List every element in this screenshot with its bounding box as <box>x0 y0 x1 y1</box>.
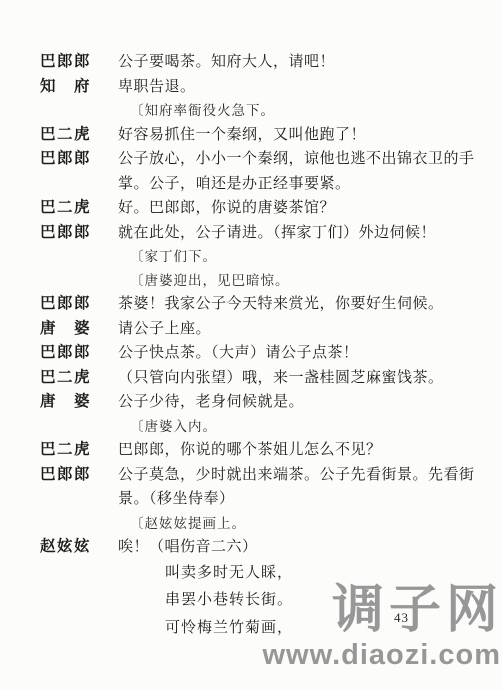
speaker-name: 巴二虎 <box>40 123 118 148</box>
script-line: 巴郎郎 公子莫急，少时就出来端茶。公子先看街景。先看街景。（移坐侍奉） <box>40 463 477 512</box>
script-line: 〔家丁们下。 <box>40 245 477 269</box>
script-line: 巴二虎 好。巴郎郎，你说的唐婆茶馆？ <box>40 196 477 221</box>
script-line: 巴二虎 巴郎郎，你说的哪个茶姐儿怎么不见？ <box>40 438 477 463</box>
page-number: 43 <box>394 610 409 626</box>
line-text: 卑职告退。 <box>118 75 477 100</box>
line-text: 唉！（唱伤音二六） <box>118 535 477 560</box>
line-text: 公子莫急，少时就出来端茶。公子先看街景。先看街景。（移坐侍奉） <box>118 463 477 512</box>
script-line: 〔知府率衙役火急下。 <box>40 99 477 123</box>
line-text: 公子放心，小小一个秦纲，谅他也逃不出锦衣卫的手掌。公子，咱还是办正经事要紧。 <box>118 147 477 196</box>
speaker-name: 巴郎郎 <box>40 292 118 317</box>
speaker-name: 知 府 <box>40 75 118 100</box>
speaker-name: 巴郎郎 <box>40 147 118 172</box>
script-line: 知 府 卑职告退。 <box>40 75 477 100</box>
script-line: 巴郎郎 就在此处，公子请进。（挥家丁们）外边伺候！ <box>40 221 477 246</box>
script-line: 唐 婆 请公子上座。 <box>40 317 477 342</box>
speaker-name: 唐 婆 <box>40 317 118 342</box>
script-line: 〔唐婆迎出，见巴暗惊。 <box>40 269 477 293</box>
line-text: 公子要喝茶。知府大人，请吧！ <box>118 50 477 75</box>
line-text: （只管向内张望）哦，来一盏桂圆芝麻蜜饯茶。 <box>118 366 477 391</box>
line-text: 好容易抓住一个秦纲，又叫他跑了！ <box>118 123 477 148</box>
line-text: 就在此处，公子请进。（挥家丁们）外边伺候！ <box>118 221 477 246</box>
line-text: 请公子上座。 <box>118 317 477 342</box>
script-lines: 巴郎郎 公子要喝茶。知府大人，请吧！ 知 府 卑职告退。 〔知府率衙役火急下。 … <box>40 50 477 642</box>
line-text: 〔家丁们下。 <box>40 245 477 269</box>
speaker-name: 巴二虎 <box>40 438 118 463</box>
script-line: 〔赵妶妶提画上。 <box>40 512 477 536</box>
speaker-name: 巴郎郎 <box>40 221 118 246</box>
speaker-name: 巴郎郎 <box>40 463 118 488</box>
watermark-site-name: 调子网 <box>332 580 503 640</box>
speaker-name: 巴郎郎 <box>40 341 118 366</box>
line-text: 〔唐婆入内。 <box>40 415 477 439</box>
script-line: 巴二虎 （只管向内张望）哦，来一盏桂圆芝麻蜜饯茶。 <box>40 366 477 391</box>
speaker-name: 巴二虎 <box>40 196 118 221</box>
script-line: 赵妶妶 唉！（唱伤音二六） <box>40 535 477 560</box>
line-text: 茶婆！我家公子今天特来赏光，你要好生伺候。 <box>118 292 477 317</box>
line-text: 〔赵妶妶提画上。 <box>40 512 477 536</box>
script-line: 唐 婆 公子少待，老身伺候就是。 <box>40 390 477 415</box>
script-line: 〔唐婆入内。 <box>40 415 477 439</box>
script-line: 巴郎郎 公子快点茶。（大声）请公子点茶！ <box>40 341 477 366</box>
line-text: 巴郎郎，你说的哪个茶姐儿怎么不见？ <box>118 438 477 463</box>
speaker-name: 巴二虎 <box>40 366 118 391</box>
speaker-name: 唐 婆 <box>40 390 118 415</box>
watermark-site-url: www.diaozi.com <box>262 639 501 671</box>
speaker-name: 巴郎郎 <box>40 50 118 75</box>
script-line: 巴郎郎 公子要喝茶。知府大人，请吧！ <box>40 50 477 75</box>
line-text: 〔知府率衙役火急下。 <box>40 99 477 123</box>
line-text: 公子快点茶。（大声）请公子点茶！ <box>118 341 477 366</box>
speaker-name: 赵妶妶 <box>40 535 118 560</box>
script-body: 巴郎郎 公子要喝茶。知府大人，请吧！ 知 府 卑职告退。 〔知府率衙役火急下。 … <box>40 50 477 642</box>
line-text: 公子少待，老身伺候就是。 <box>118 390 477 415</box>
scanned-script-page: 巴郎郎 公子要喝茶。知府大人，请吧！ 知 府 卑职告退。 〔知府率衙役火急下。 … <box>0 0 503 690</box>
line-text: 〔唐婆迎出，见巴暗惊。 <box>40 269 477 293</box>
line-text: 好。巴郎郎，你说的唐婆茶馆？ <box>118 196 477 221</box>
script-line: 巴郎郎 公子放心，小小一个秦纲，谅他也逃不出锦衣卫的手掌。公子，咱还是办正经事要… <box>40 147 477 196</box>
script-line: 巴郎郎 茶婆！我家公子今天特来赏光，你要好生伺候。 <box>40 292 477 317</box>
script-line: 巴二虎 好容易抓住一个秦纲，又叫他跑了！ <box>40 123 477 148</box>
